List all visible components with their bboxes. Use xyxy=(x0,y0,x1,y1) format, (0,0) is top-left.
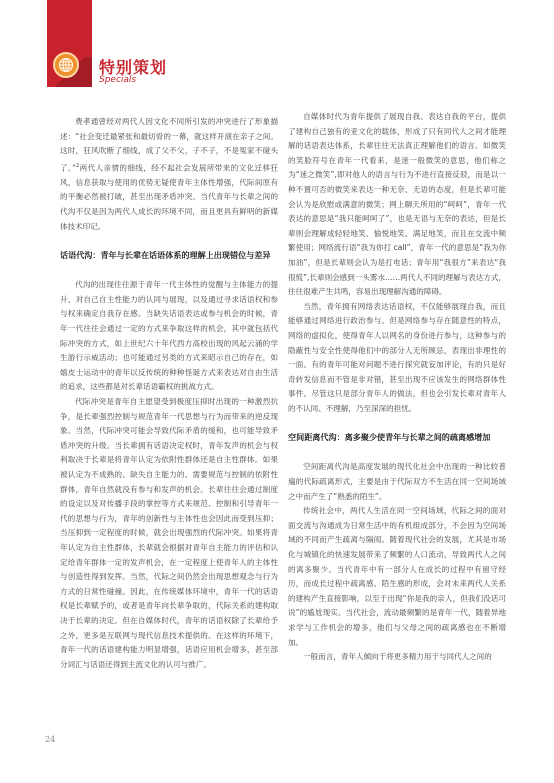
paragraph: 自媒体时代为青年提供了展现自我、表达自我的平台，提供了建构自己独有的亚文化的载体… xyxy=(288,110,506,300)
subheading-discourse-gap: 话语代沟：青年与长辈在话语体系的理解上出现错位与差异 xyxy=(60,248,278,262)
globe-icon xyxy=(53,52,79,78)
paragraph: 代际冲突是青年自主愿望受到极度压抑时出现的一种激烈抗争，是长辈强烈控制与规范青年… xyxy=(60,395,278,672)
paragraph: 当然，青年拥有网络表达话语权，不仅能够展现自我，而且能够通过网络进行政治参与。但… xyxy=(288,300,506,417)
paragraph: 代沟的出现往往源于青年一代主体性的觉醒与主体能力的提升、对自己自主性能力的认同与… xyxy=(60,278,278,395)
page-number: 24 xyxy=(45,735,55,744)
paragraph: 一般而言，青年人倾向于将更多精力用于与同代人之间的 xyxy=(288,650,506,665)
left-column: 费孝通曾经对两代人因文化不同所引发的冲突进行了形象描述：“社会变迁最紧张和最切骨… xyxy=(60,115,278,672)
right-column: 自媒体时代为青年提供了展现自我、表达自我的平台，提供了建构自己独有的亚文化的载体… xyxy=(288,110,506,665)
paragraph: 空间距离代沟是高度发展的现代化社会中出现的一种比较普遍的代际疏离形式，主要是由于… xyxy=(288,460,506,504)
section-subtitle: Specials xyxy=(99,75,136,85)
subheading-spatial-gap: 空间距离代沟：离多聚少使青年与长辈之间的疏离感增加 xyxy=(288,430,506,444)
paragraph: 费孝通曾经对两代人因文化不同所引发的冲突进行了形象描述：“社会变迁最紧张和最切骨… xyxy=(60,115,278,234)
paragraph: 传统社会中，两代人生活在同一空间场域，代际之间的面对面交流与沟通成为日常生活中的… xyxy=(288,504,506,650)
paragraph-text: 两代人亲情的细线，经不起社会发展所带来的文化迁移狂风，信息获取与使用的优势无疑使… xyxy=(60,163,278,230)
